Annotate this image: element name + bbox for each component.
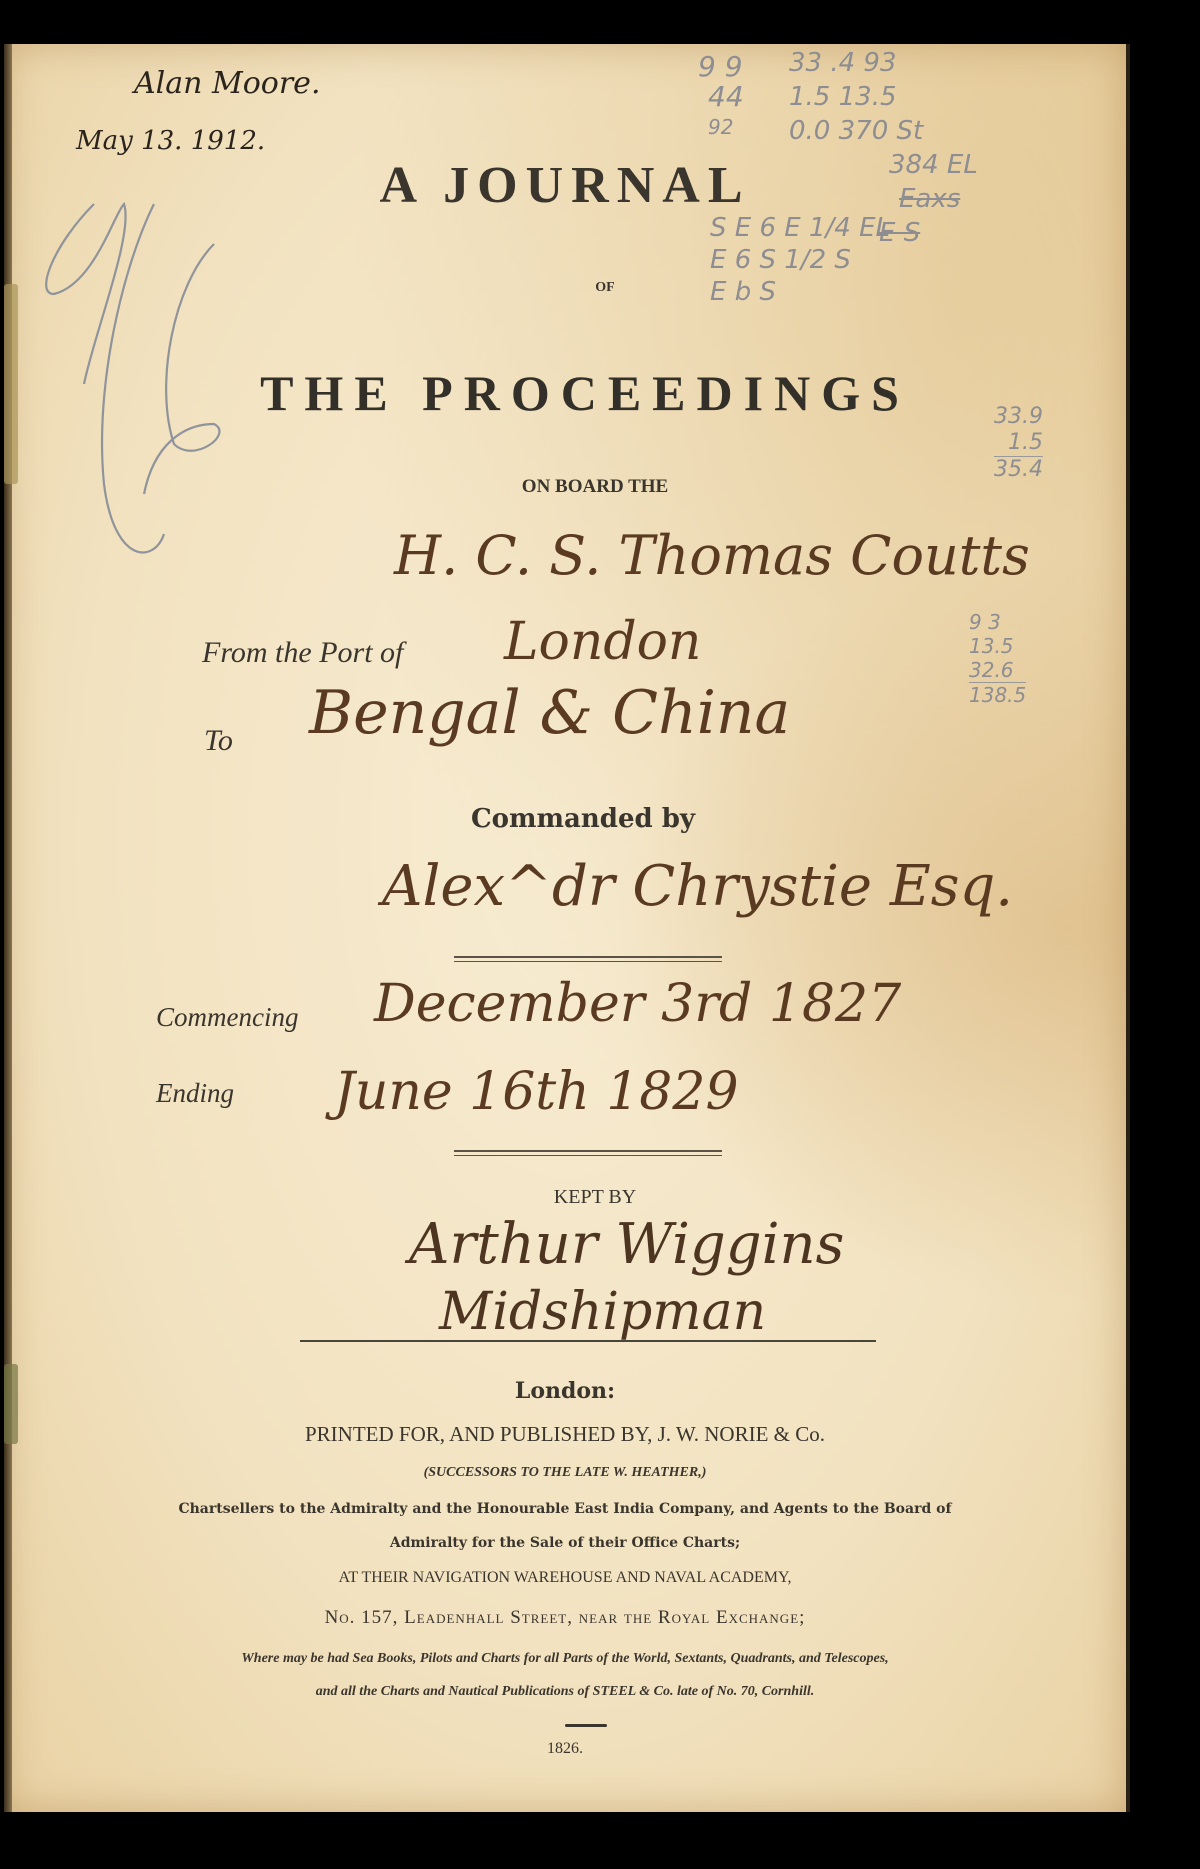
title-page: Alan Moore. May 13. 1912. 9 9 44 92 33 .… [4,44,1130,1812]
kept-by-label: KEPT BY [4,1186,1156,1209]
commanded-by-label: Commanded by [4,804,1144,834]
commencing-date: December 3rd 1827 [374,974,901,1034]
pencil-sum-2: 9 3 13.5 32.6 138.5 [969,610,1026,707]
ending-label: Ending [156,1078,234,1109]
title-journal: A JOURNAL [4,156,1126,215]
to-label: To [204,724,233,758]
imprint-warehouse: AT THEIR NAVIGATION WAREHOUSE AND NAVAL … [4,1569,1126,1587]
ornament-dash [565,1724,607,1727]
imprint-successors: (SUCCESSORS TO THE LATE W. HEATHER,) [4,1465,1126,1481]
kept-by-name: Arthur Wiggins [409,1212,844,1277]
from-port: London [504,612,701,672]
title-of: OF [4,280,1166,296]
imprint-publisher: PRINTED FOR, AND PUBLISHED BY, J. W. NOR… [4,1422,1126,1447]
imprint-address: No. 157, Leadenhall Street, near the Roy… [4,1607,1126,1629]
commander-name: Alex^dr Chrystie Esq. [382,854,1013,919]
imprint-chartsellers-1: Chartsellers to the Admiralty and the Ho… [4,1501,1126,1517]
imprint-chartsellers-2: Admiralty for the Sale of their Office C… [4,1535,1126,1551]
imprint-where-1: Where may be had Sea Books, Pilots and C… [4,1651,1126,1667]
owner-name: Alan Moore. [134,66,320,101]
title-proceedings: THE PROCEEDINGS [4,364,1146,422]
divider [454,956,722,962]
ending-date: June 16th 1829 [334,1062,739,1122]
ship-name: H. C. S. Thomas Coutts [394,524,1030,587]
owner-date: May 13. 1912. [76,126,265,156]
ornamental-rule [300,1340,876,1342]
to-destination: Bengal & China [309,678,790,748]
pencil-notes-top: 9 9 44 92 [690,52,744,142]
commencing-label: Commencing [156,1002,298,1033]
imprint-where-2: and all the Charts and Nautical Publicat… [4,1684,1126,1700]
from-port-label: From the Port of [202,636,403,670]
on-board-label: ON BOARD THE [4,476,1156,498]
divider [454,1150,722,1156]
imprint-place: London: [4,1378,1126,1404]
kept-by-rank: Midshipman [439,1282,766,1342]
imprint-year: 1826. [4,1740,1126,1758]
